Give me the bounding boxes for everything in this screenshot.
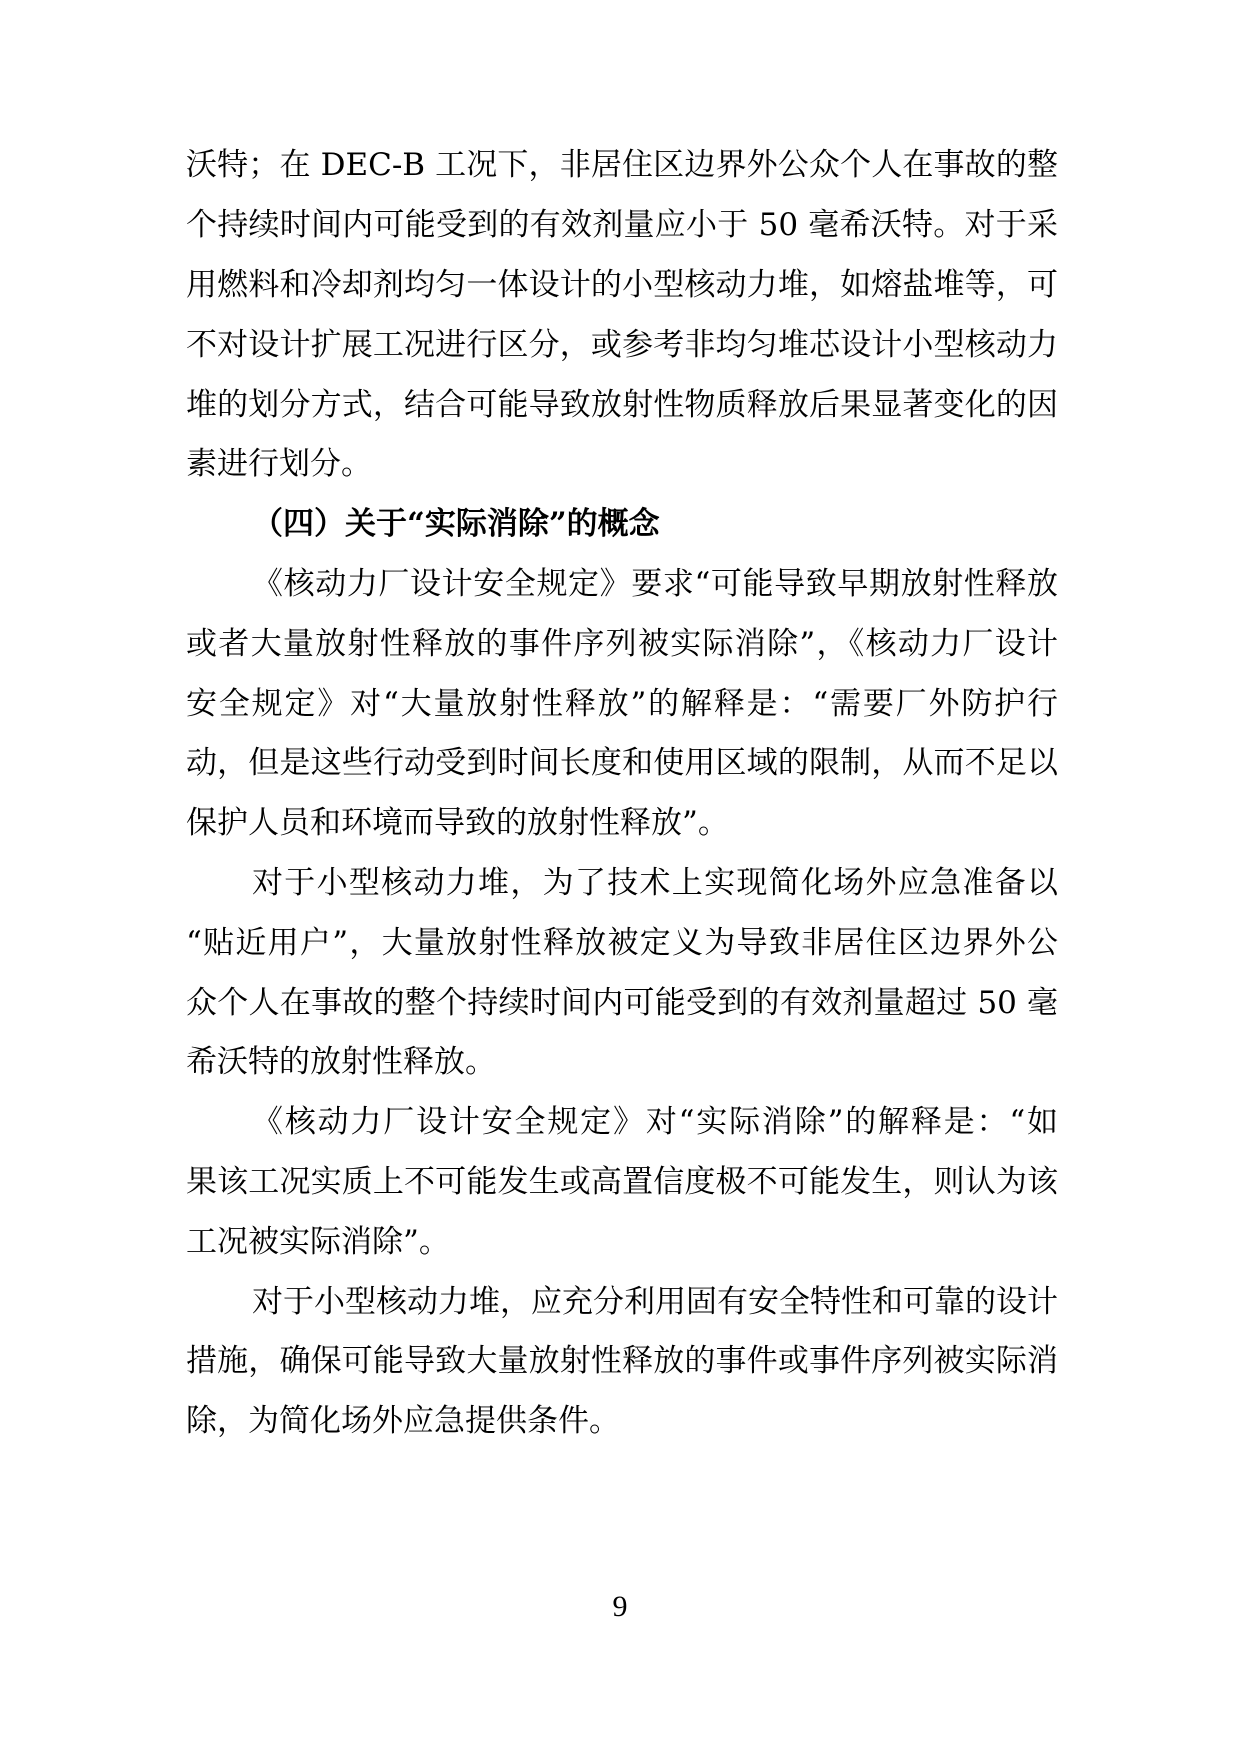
section-heading: （四）关于“实际消除”的概念 [252,494,1058,554]
paragraph-line: 或者大量放射性释放的事件序列被实际消除”，《核动力厂设计 [186,614,1058,674]
paragraph-line: 用燃料和冷却剂均匀一体设计的小型核动力堆，如熔盐堆等，可 [186,255,1058,315]
paragraph-line: “贴近用户”，大量放射性释放被定义为导致非居住区边界外公 [186,913,1058,973]
paragraph-line: 对于小型核动力堆，为了技术上实现简化场外应急准备以 [252,853,1058,913]
paragraph-line: 希沃特的放射性释放。 [186,1032,1058,1092]
paragraph-line: 不对设计扩展工况进行区分，或参考非均匀堆芯设计小型核动力 [186,315,1058,375]
paragraph-line: 《核动力厂设计安全规定》对“实际消除”的解释是：“如 [252,1092,1058,1152]
paragraph-line: 堆的划分方式，结合可能导致放射性物质释放后果显著变化的因 [186,375,1058,435]
page-number: 9 [0,1582,1240,1632]
paragraph-line: 安全规定》对“大量放射性释放”的解释是：“需要厂外防护行 [186,674,1058,734]
paragraph-line: 动，但是这些行动受到时间长度和使用区域的限制，从而不足以 [186,733,1058,793]
document-page: 沃特；在 DEC-B 工况下，非居住区边界外公众个人在事故的整 个持续时间内可能… [0,0,1240,1753]
paragraph-line: 素进行划分。 [186,434,1058,494]
paragraph-line: 果该工况实质上不可能发生或高置信度极不可能发生，则认为该 [186,1152,1058,1212]
paragraph-line: 措施，确保可能导致大量放射性释放的事件或事件序列被实际消 [186,1331,1058,1391]
paragraph-line: 工况被实际消除”。 [186,1212,1058,1272]
paragraph-line: 个持续时间内可能受到的有效剂量应小于 50 毫希沃特。对于采 [186,195,1058,255]
paragraph-line: 沃特；在 DEC-B 工况下，非居住区边界外公众个人在事故的整 [186,135,1058,195]
paragraph-line: 除，为简化场外应急提供条件。 [186,1391,1058,1451]
paragraph-line: 《核动力厂设计安全规定》要求“可能导致早期放射性释放 [252,554,1058,614]
paragraph-line: 对于小型核动力堆，应充分利用固有安全特性和可靠的设计 [252,1272,1058,1332]
paragraph-line: 保护人员和环境而导致的放射性释放”。 [186,793,1058,853]
paragraph-line: 众个人在事故的整个持续时间内可能受到的有效剂量超过 50 毫 [186,973,1058,1033]
